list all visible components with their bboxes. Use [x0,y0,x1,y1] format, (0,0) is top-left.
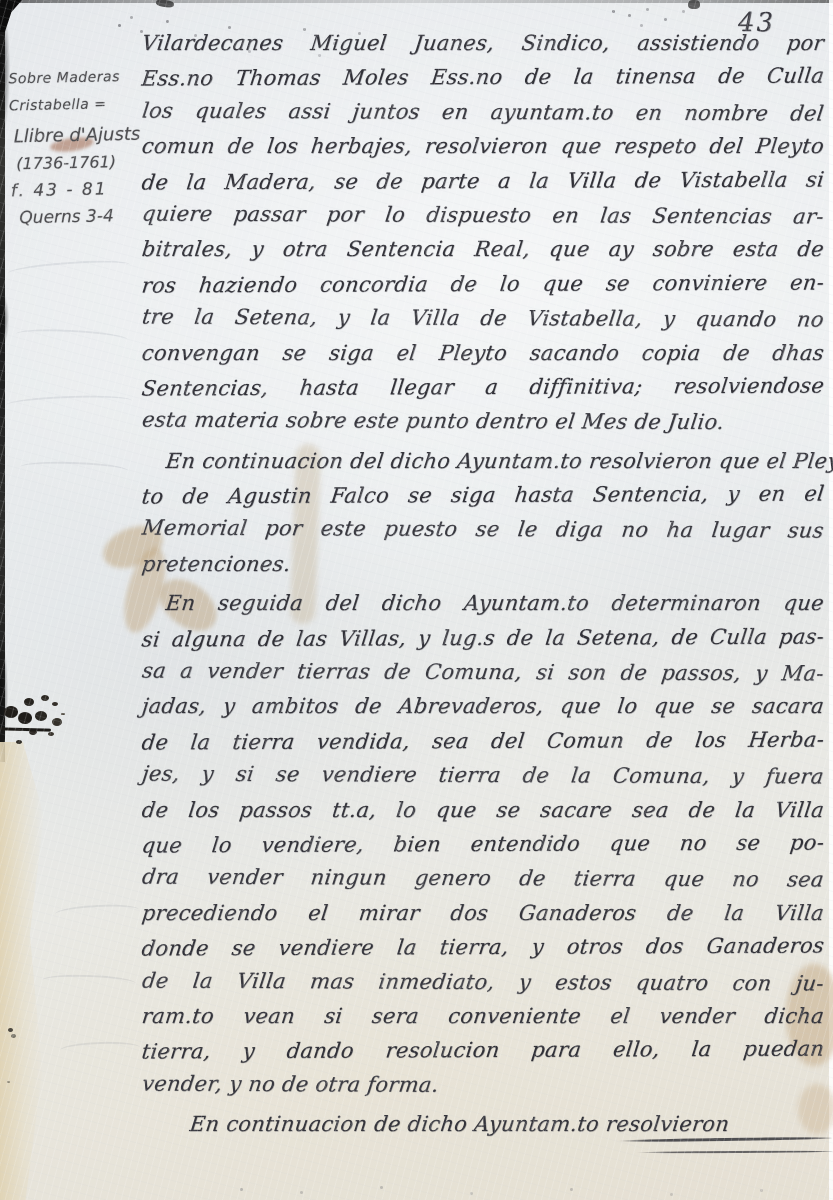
edge-smudge [156,0,175,8]
manuscript-line: Memorial por este puesto se le diga no h… [140,511,826,548]
page-edge-discoloration [0,742,44,1200]
speckle-cluster [118,24,121,27]
manuscript-page: 43 Sobre MaderasCristabella =Llibre d'Aj… [0,0,833,1200]
manuscript-line: jadas, y ambitos de Abrevaderos, que lo … [140,689,826,723]
margin-notes: Sobre MaderasCristabella =Llibre d'Ajust… [8,69,145,229]
showthrough-mark [16,327,129,347]
manuscript-line: precediendo el mirar dos Ganaderos de la… [140,896,826,930]
manuscript-line: tre la Setena, y la Villa de Vistabella,… [140,300,826,337]
manuscript-line: de la Madera, se de parte a la Villa de … [140,162,826,199]
manuscript-line: dra vender ningun genero de tierra que n… [140,860,826,897]
manuscript-line: convengan se siga el Pleyto sacando copi… [140,336,826,370]
speckle-cluster [8,1028,13,1032]
showthrough-mark [8,258,131,280]
manuscript-line: los quales assi juntos en ayuntam.to en … [140,93,826,130]
manuscript-line: ros haziendo concordia de lo que se conv… [140,265,826,302]
manuscript-line: jes, y si se vendiere tierra de la Comun… [140,757,826,794]
manuscript-line: En continuacion de dicho Ayuntam.to reso… [140,1107,826,1141]
margin-note: Sobre Maderas [8,69,142,88]
showthrough-mark [60,1041,140,1058]
paragraph: Vilardecanes Miguel Juanes, Sindico, ass… [142,26,824,439]
margin-note: Llibre d'Ajusts [14,124,144,148]
manuscript-line: donde se vendiere la tierra, y otros dos… [140,929,826,966]
margin-note: (1736-1761) [16,152,144,174]
scan-corner-mark [0,0,22,32]
manuscript-line: Sentencias, hasta llegar a diffinitiva; … [140,368,826,405]
showthrough-mark [42,973,136,990]
manuscript-line: to de Agustin Falco se siga hasta Senten… [140,477,826,514]
manuscript-line: si alguna de las Villas, y lug.s de la S… [140,619,826,656]
speckle-cluster [612,10,615,13]
manuscript-line: ram.to vean si sera conveniente el vende… [140,999,826,1033]
manuscript-text: Vilardecanes Miguel Juanes, Sindico, ass… [142,26,824,1142]
manuscript-line: vender, y no de otra forma. [140,1066,826,1103]
paragraph: En continuacion del dicho Ayuntam.to res… [142,444,824,582]
margin-note: f. 43 - 81 [11,179,145,202]
manuscript-line: En continuacion del dicho Ayuntam.to res… [140,444,826,478]
manuscript-line: tierra, y dando resolucion para ello, la… [140,1032,826,1069]
manuscript-line: pretenciones. [140,547,826,581]
manuscript-line: de los passos tt.a, lo que se sacare sea… [140,793,826,827]
manuscript-line: esta materia sobre este punto dentro el … [140,403,826,440]
edge-smudge [688,0,700,9]
margin-note: Querns 3-4 [19,206,145,229]
manuscript-line: sa a vender tierras de Comuna, si son de… [140,654,826,691]
showthrough-mark [20,460,128,478]
speckle-cluster [240,1188,243,1191]
manuscript-line: que lo vendiere, bien entendido que no s… [140,825,826,862]
scan-edge-top [0,0,833,3]
ink-blot [4,692,64,752]
manuscript-line: bitrales, y otra Sentencia Real, que ay … [140,232,826,266]
showthrough-mark [6,394,132,412]
manuscript-line: comun de los herbajes, resolvieron que r… [140,129,826,163]
paragraph: En seguida del dicho Ayuntam.to determin… [142,586,824,1102]
manuscript-line: En seguida del dicho Ayuntam.to determin… [140,586,826,620]
manuscript-line: quiere passar por lo dispuesto en las Se… [140,196,826,233]
flourish-underline [636,1150,833,1153]
scan-edge-blotch [0,290,9,348]
showthrough-mark [55,903,140,921]
manuscript-line: Ess.no Thomas Moles Ess.no de la tinensa… [140,59,826,96]
manuscript-line: de la Villa mas inmediato, y estos quatr… [140,963,826,1000]
manuscript-line: Vilardecanes Miguel Juanes, Sindico, ass… [140,26,826,60]
manuscript-line: de la tierra vendida, sea del Comun de l… [140,722,826,759]
margin-note: Cristabella = [9,96,143,115]
paragraph: En continuacion de dicho Ayuntam.to reso… [142,1107,824,1141]
